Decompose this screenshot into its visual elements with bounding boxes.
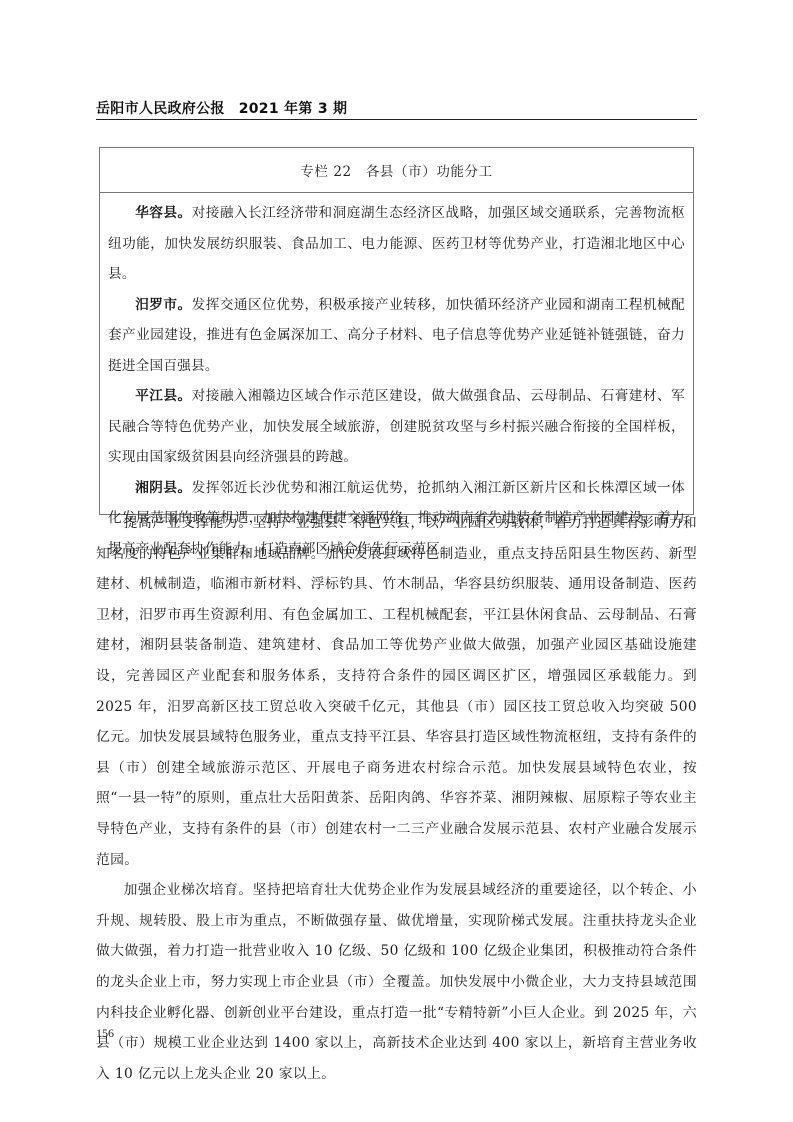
county-name: 华容县。 (135, 205, 191, 221)
paragraph-industry-support: 提高产业支撑能力。坚持产业强县、特色兴县，以产业园区为载体，着力打造具有影响力和… (96, 508, 697, 875)
header-rule (96, 119, 697, 120)
county-name: 湘阴县。 (135, 480, 191, 496)
county-name: 平江县。 (135, 388, 191, 404)
issue-number: 2021 年第 3 期 (239, 101, 348, 117)
page-header: 岳阳市人民政府公报2021 年第 3 期 (96, 98, 697, 118)
box-title: 专栏 22 各县（市）功能分工 (100, 148, 693, 193)
county-description: 对接融入长江经济带和洞庭湖生态经济区战略，加强区域交通联系，完善物流枢纽功能，加… (108, 205, 685, 282)
county-entry-miluo: 汨罗市。发挥交通区位优势，积极承接产业转移，加快循环经济产业园和湖南工程机械配套… (108, 290, 685, 382)
body-text: 提高产业支撑能力。坚持产业强县、特色兴县，以产业园区为载体，着力打造具有影响力和… (96, 508, 697, 1089)
paragraph-enterprise-cultivation: 加强企业梯次培育。坚持把培育壮大优势企业作为发展县域经济的重要途径，以个转企、小… (96, 875, 697, 1089)
county-name: 汨罗市。 (135, 297, 191, 313)
page-number: 156 (96, 1026, 114, 1041)
county-entry-huarong: 华容县。对接融入长江经济带和洞庭湖生态经济区战略，加强区域交通联系，完善物流枢纽… (108, 198, 685, 290)
feature-box: 专栏 22 各县（市）功能分工 华容县。对接融入长江经济带和洞庭湖生态经济区战略… (99, 147, 694, 515)
county-description: 对接融入湘赣边区域合作示范区建设，做大做强食品、云母制品、石膏建材、军民融合等特… (108, 388, 685, 465)
county-entry-pingjiang: 平江县。对接融入湘赣边区域合作示范区建设，做大做强食品、云母制品、石膏建材、军民… (108, 381, 685, 473)
county-description: 发挥交通区位优势，积极承接产业转移，加快循环经济产业园和湖南工程机械配套产业园建… (108, 297, 685, 374)
publication-name: 岳阳市人民政府公报 (96, 101, 225, 117)
